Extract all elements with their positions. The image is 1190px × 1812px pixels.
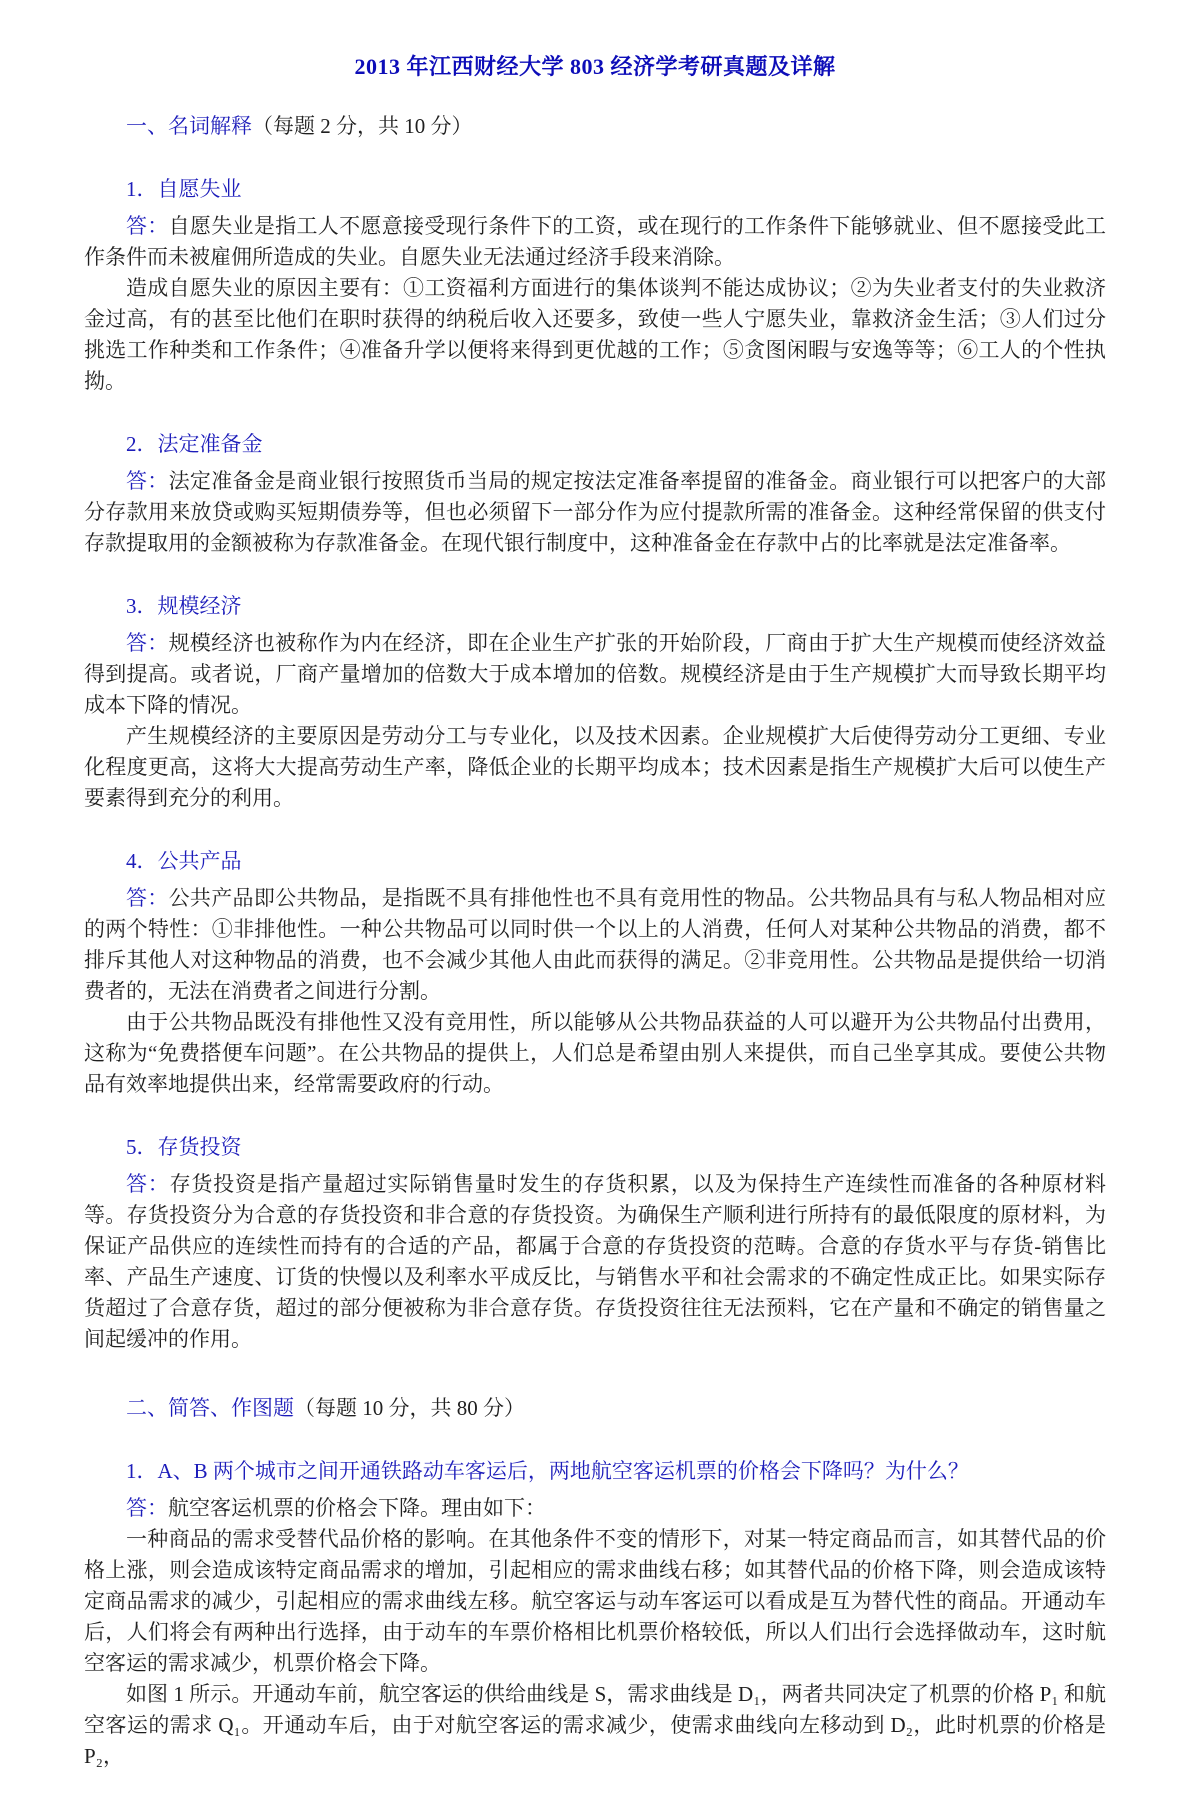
paragraph: 造成自愿失业的原因主要有：①工资福利方面进行的集体谈判不能达成协议；②为失业者支… bbox=[84, 273, 1106, 397]
paragraph-text: 如图 1 所示。开通动车前，航空客运的供给曲线是 S，需求曲线是 D₁，两者共同… bbox=[84, 1682, 1106, 1768]
section-heading-points: （每题 10 分，共 80 分） bbox=[294, 1396, 525, 1420]
paragraph: 答：自愿失业是指工人不愿意接受现行条件下的工资，或在现行的工作条件下能够就业、但… bbox=[84, 211, 1106, 273]
paragraph: 答：规模经济也被称作为内在经济，即在企业生产扩张的开始阶段，厂商由于扩大生产规模… bbox=[84, 628, 1106, 721]
paragraph-text: 存货投资是指产量超过实际销售量时发生的存货积累，以及为保持生产连续性而准备的各种… bbox=[84, 1172, 1106, 1351]
paragraph: 如图 1 所示。开通动车前，航空客运的供给曲线是 S，需求曲线是 D₁，两者共同… bbox=[84, 1679, 1106, 1772]
paragraph: 产生规模经济的主要原因是劳动分工与专业化，以及技术因素。企业规模扩大后使得劳动分… bbox=[84, 721, 1106, 814]
document-body: 一、名词解释（每题 2 分，共 10 分）1．自愿失业答：自愿失业是指工人不愿意… bbox=[84, 111, 1106, 1772]
question-title: 1．A、B 两个城市之间开通铁路动车客运后，两地航空客运机票的价格会下降吗？为什… bbox=[84, 1456, 1106, 1487]
paragraph: 一种商品的需求受替代品价格的影响。在其他条件不变的情形下，对某一特定商品而言，如… bbox=[84, 1524, 1106, 1679]
answer-prefix: 答： bbox=[126, 469, 169, 493]
paragraph-text: 法定准备金是商业银行按照货币当局的规定按法定准备率提留的准备金。商业银行可以把客… bbox=[84, 469, 1106, 555]
section-heading: 二、简答、作图题（每题 10 分，共 80 分） bbox=[84, 1393, 1106, 1424]
question-item: 5．存货投资答：存货投资是指产量超过实际销售量时发生的存货积累，以及为保持生产连… bbox=[84, 1132, 1106, 1355]
answer-prefix: 答： bbox=[126, 631, 169, 655]
question-item: 1．A、B 两个城市之间开通铁路动车客运后，两地航空客运机票的价格会下降吗？为什… bbox=[84, 1456, 1106, 1772]
question-item: 4．公共产品答：公共产品即公共物品，是指既不具有排他性也不具有竞用性的物品。公共… bbox=[84, 846, 1106, 1100]
question-item: 1．自愿失业答：自愿失业是指工人不愿意接受现行条件下的工资，或在现行的工作条件下… bbox=[84, 174, 1106, 397]
question-item: 2．法定准备金答：法定准备金是商业银行按照货币当局的规定按法定准备率提留的准备金… bbox=[84, 429, 1106, 559]
section: 一、名词解释（每题 2 分，共 10 分）1．自愿失业答：自愿失业是指工人不愿意… bbox=[84, 111, 1106, 1355]
answer-prefix: 答： bbox=[126, 1172, 170, 1196]
answer-prefix: 答： bbox=[126, 886, 169, 910]
section-heading-number: 二、简答、作图题 bbox=[126, 1396, 294, 1420]
question-title: 4．公共产品 bbox=[84, 846, 1106, 877]
question-title: 3．规模经济 bbox=[84, 591, 1106, 622]
paragraph: 答：公共产品即公共物品，是指既不具有排他性也不具有竞用性的物品。公共物品具有与私… bbox=[84, 883, 1106, 1007]
paragraph: 由于公共物品既没有排他性又没有竞用性，所以能够从公共物品获益的人可以避开为公共物… bbox=[84, 1007, 1106, 1100]
paragraph-text: 一种商品的需求受替代品价格的影响。在其他条件不变的情形下，对某一特定商品而言，如… bbox=[84, 1527, 1106, 1675]
paragraph-text: 规模经济也被称作为内在经济，即在企业生产扩张的开始阶段，厂商由于扩大生产规模而使… bbox=[84, 631, 1106, 717]
answer-prefix: 答： bbox=[126, 214, 169, 238]
paragraph-text: 公共产品即公共物品，是指既不具有排他性也不具有竞用性的物品。公共物品具有与私人物… bbox=[84, 886, 1106, 1003]
section: 二、简答、作图题（每题 10 分，共 80 分）1．A、B 两个城市之间开通铁路… bbox=[84, 1393, 1106, 1772]
paragraph: 答：法定准备金是商业银行按照货币当局的规定按法定准备率提留的准备金。商业银行可以… bbox=[84, 466, 1106, 559]
paragraph-text: 造成自愿失业的原因主要有：①工资福利方面进行的集体谈判不能达成协议；②为失业者支… bbox=[84, 276, 1106, 393]
paragraph: 答：航空客运机票的价格会下降。理由如下： bbox=[84, 1493, 1106, 1524]
question-item: 3．规模经济答：规模经济也被称作为内在经济，即在企业生产扩张的开始阶段，厂商由于… bbox=[84, 591, 1106, 814]
paragraph: 答：存货投资是指产量超过实际销售量时发生的存货积累，以及为保持生产连续性而准备的… bbox=[84, 1169, 1106, 1355]
question-title: 2．法定准备金 bbox=[84, 429, 1106, 460]
question-title: 1．自愿失业 bbox=[84, 174, 1106, 205]
paragraph-text: 由于公共物品既没有排他性又没有竞用性，所以能够从公共物品获益的人可以避开为公共物… bbox=[84, 1010, 1106, 1096]
answer-prefix: 答： bbox=[126, 1496, 168, 1520]
document-page: 2013 年江西财经大学 803 经济学考研真题及详解 一、名词解释（每题 2 … bbox=[0, 0, 1190, 1812]
question-title: 5．存货投资 bbox=[84, 1132, 1106, 1163]
paragraph-text: 航空客运机票的价格会下降。理由如下： bbox=[168, 1496, 546, 1520]
section-heading-number: 一、名词解释 bbox=[126, 114, 252, 138]
paragraph-text: 产生规模经济的主要原因是劳动分工与专业化，以及技术因素。企业规模扩大后使得劳动分… bbox=[84, 724, 1106, 810]
section-heading: 一、名词解释（每题 2 分，共 10 分） bbox=[84, 111, 1106, 142]
section-heading-points: （每题 2 分，共 10 分） bbox=[252, 114, 473, 138]
paragraph-text: 自愿失业是指工人不愿意接受现行条件下的工资，或在现行的工作条件下能够就业、但不愿… bbox=[84, 214, 1106, 269]
page-title: 2013 年江西财经大学 803 经济学考研真题及详解 bbox=[84, 50, 1106, 81]
